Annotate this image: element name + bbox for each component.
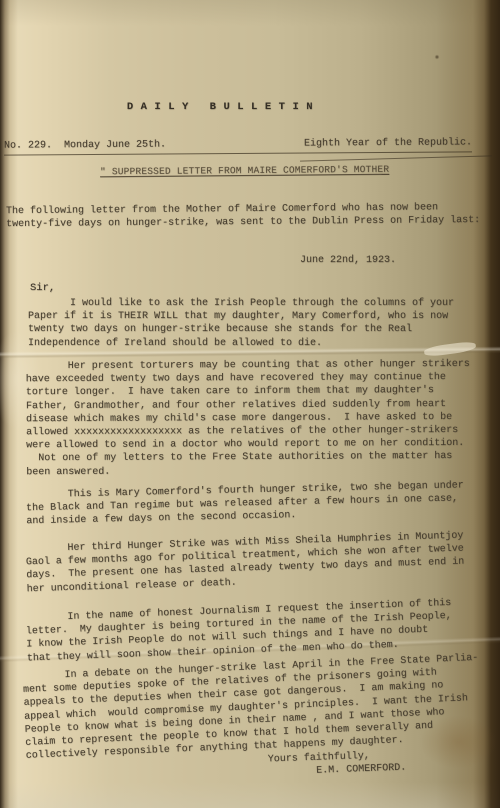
issue-number: No. 229. Monday June 25th. <box>4 139 166 153</box>
letter-paragraph: Her present torturers may be counting th… <box>26 358 489 479</box>
letter-paragraph: This is Mary Comerford's fourth hunger s… <box>26 479 491 529</box>
intro-paragraph: The following letter from the Mother of … <box>6 201 488 232</box>
letter-date: June 22nd, 1923. <box>300 254 396 267</box>
bulletin-headline: " SUPPRESSED LETTER FROM MAIRE COMERFORD… <box>100 163 389 179</box>
letter-paragraph: Her third Hunger Strike was with Miss Sh… <box>25 529 490 596</box>
letter-paragraph: In a debate on the hunger-strike last Ap… <box>22 651 495 763</box>
issue-line: No. 229. Monday June 25th. Eighth Year o… <box>4 136 472 155</box>
scanned-bulletin-page: D A I L Y B U L L E T I N No. 229. Monda… <box>0 0 500 808</box>
salutation: Sir, <box>30 282 55 295</box>
masthead-title: D A I L Y B U L L E T I N <box>0 101 440 114</box>
underline-rule <box>300 155 492 161</box>
republic-year-label: Eighth Year of the Republic. <box>304 136 472 150</box>
letter-paragraph: I would like to ask the Irish People thr… <box>28 297 486 350</box>
letter-signature: Yours faithfully, E.M. COMERFORD. <box>268 749 407 780</box>
